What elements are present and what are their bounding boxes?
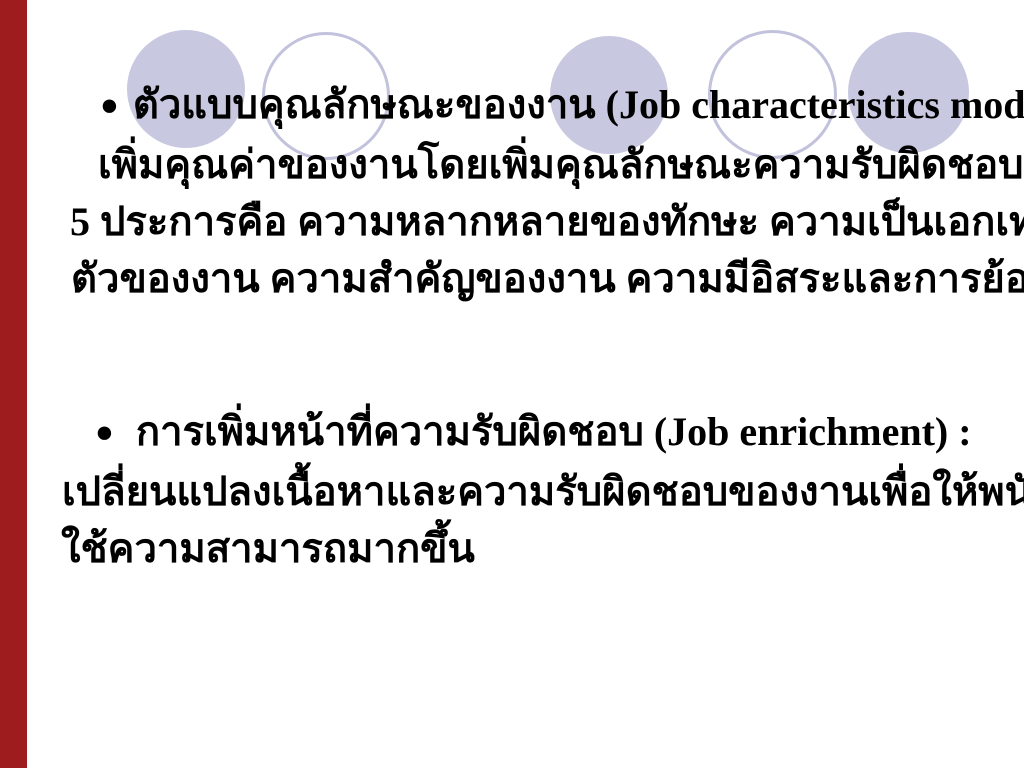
left-accent-bar: [0, 0, 27, 768]
bullet-block-job-characteristics: ●ตัวแบบคุณลักษณะของงาน (Job characterist…: [70, 76, 1000, 307]
bullet1-line4-text: ตัวของงาน ความสำคัญของงาน ความมีอิสระและ…: [71, 250, 1000, 307]
bullet-block-job-enrichment: ●การเพิ่มหน้าที่ความรับผิดชอบ (Job enric…: [61, 403, 1001, 577]
bullet2-line2-text: เปลี่ยนแปลงเนื้อหาและความรับผิดชอบของงาน…: [62, 463, 1001, 520]
bullet-icon: ●: [95, 403, 114, 460]
presentation-slide: ●ตัวแบบคุณลักษณะของงาน (Job characterist…: [0, 0, 1024, 768]
bullet2-line3-text: ใช้ความสามารถมากขึ้น: [61, 520, 1001, 577]
bullet1-line2-text: เพิ่มคุณค่าของงานโดยเพิ่มคุณลักษณะความรั…: [98, 136, 1000, 193]
bullet-icon: ●: [100, 76, 119, 133]
bullet-line: ●การเพิ่มหน้าที่ความรับผิดชอบ (Job enric…: [95, 403, 1001, 463]
bullet-line: ●ตัวแบบคุณลักษณะของงาน (Job characterist…: [100, 76, 1000, 136]
bullet1-line1-text: ตัวแบบคุณลักษณะของงาน (Job characteristi…: [133, 82, 1024, 127]
bullet1-line3-text: 5 ประการคือ ความหลากหลายของทักษะ ความเป็…: [70, 193, 1000, 250]
bullet2-line1-text: การเพิ่มหน้าที่ความรับผิดชอบ (Job enrich…: [136, 409, 972, 454]
